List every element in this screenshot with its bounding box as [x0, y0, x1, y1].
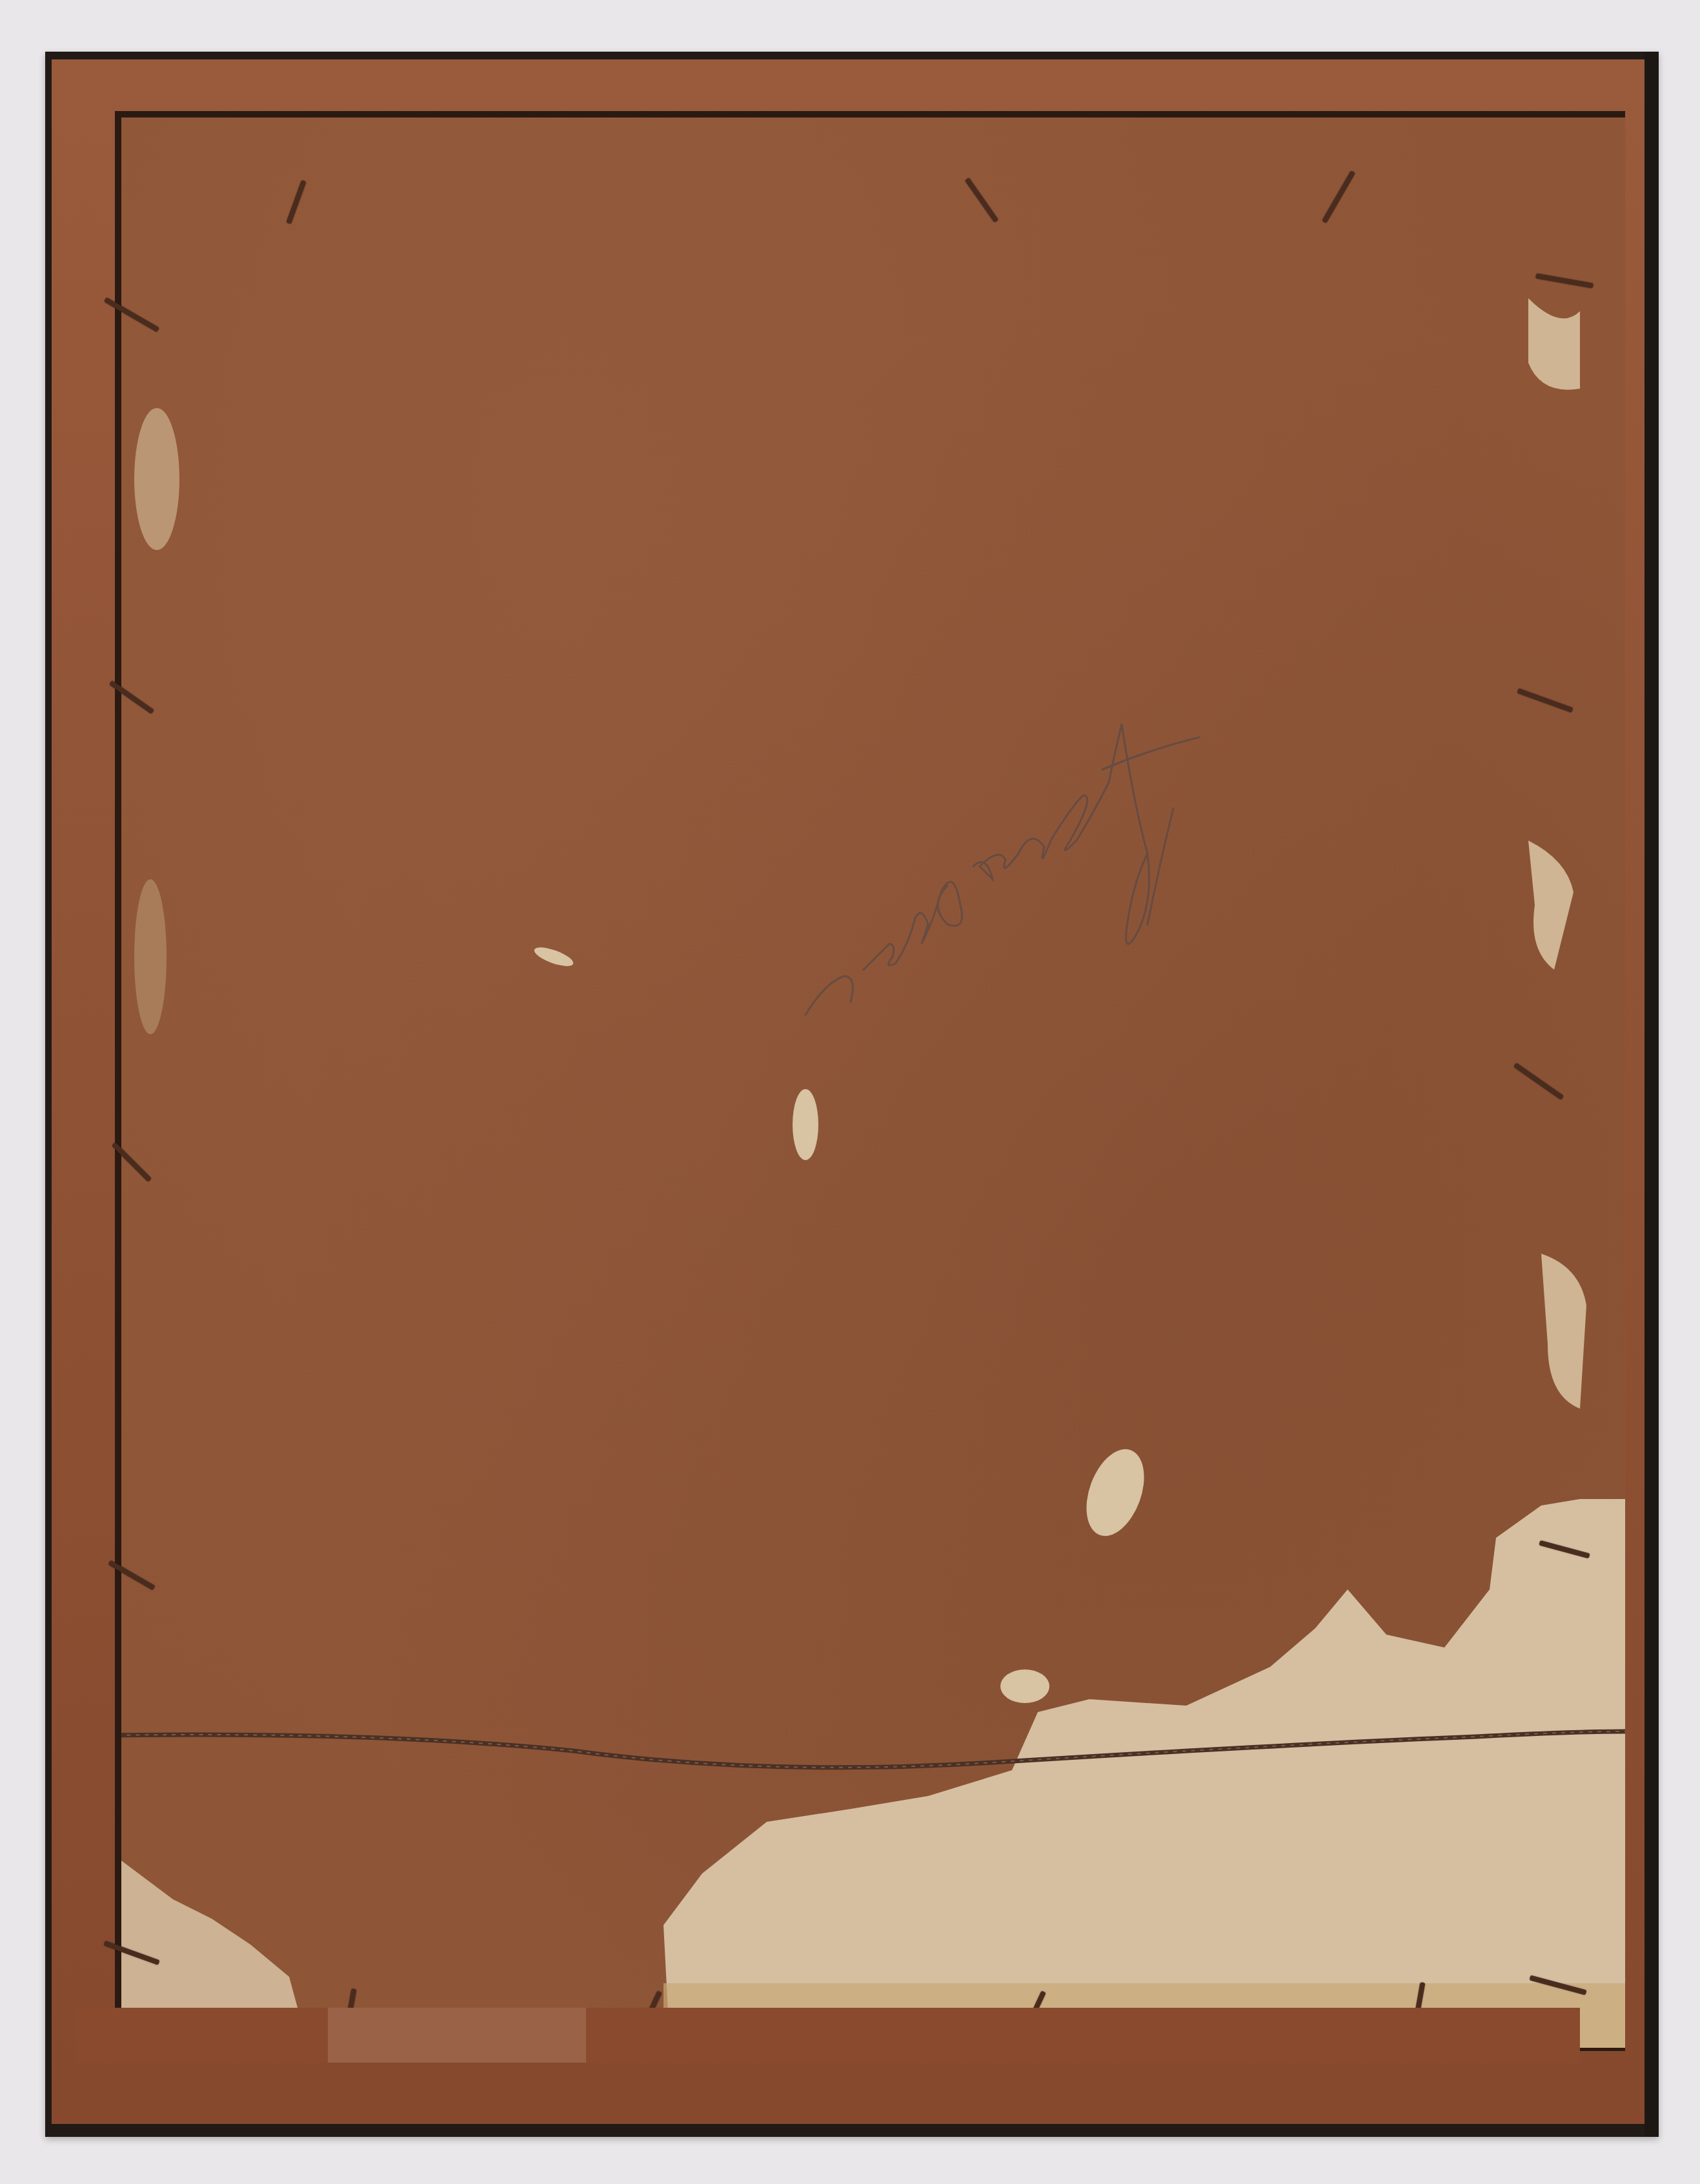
hanging-wire [121, 117, 1625, 2048]
frame-bottom-rail [76, 2008, 1580, 2063]
backing-paper [121, 117, 1625, 2048]
picture-frame [45, 52, 1659, 2137]
wood-patch [328, 2008, 586, 2063]
frame-edge [1644, 52, 1659, 2137]
